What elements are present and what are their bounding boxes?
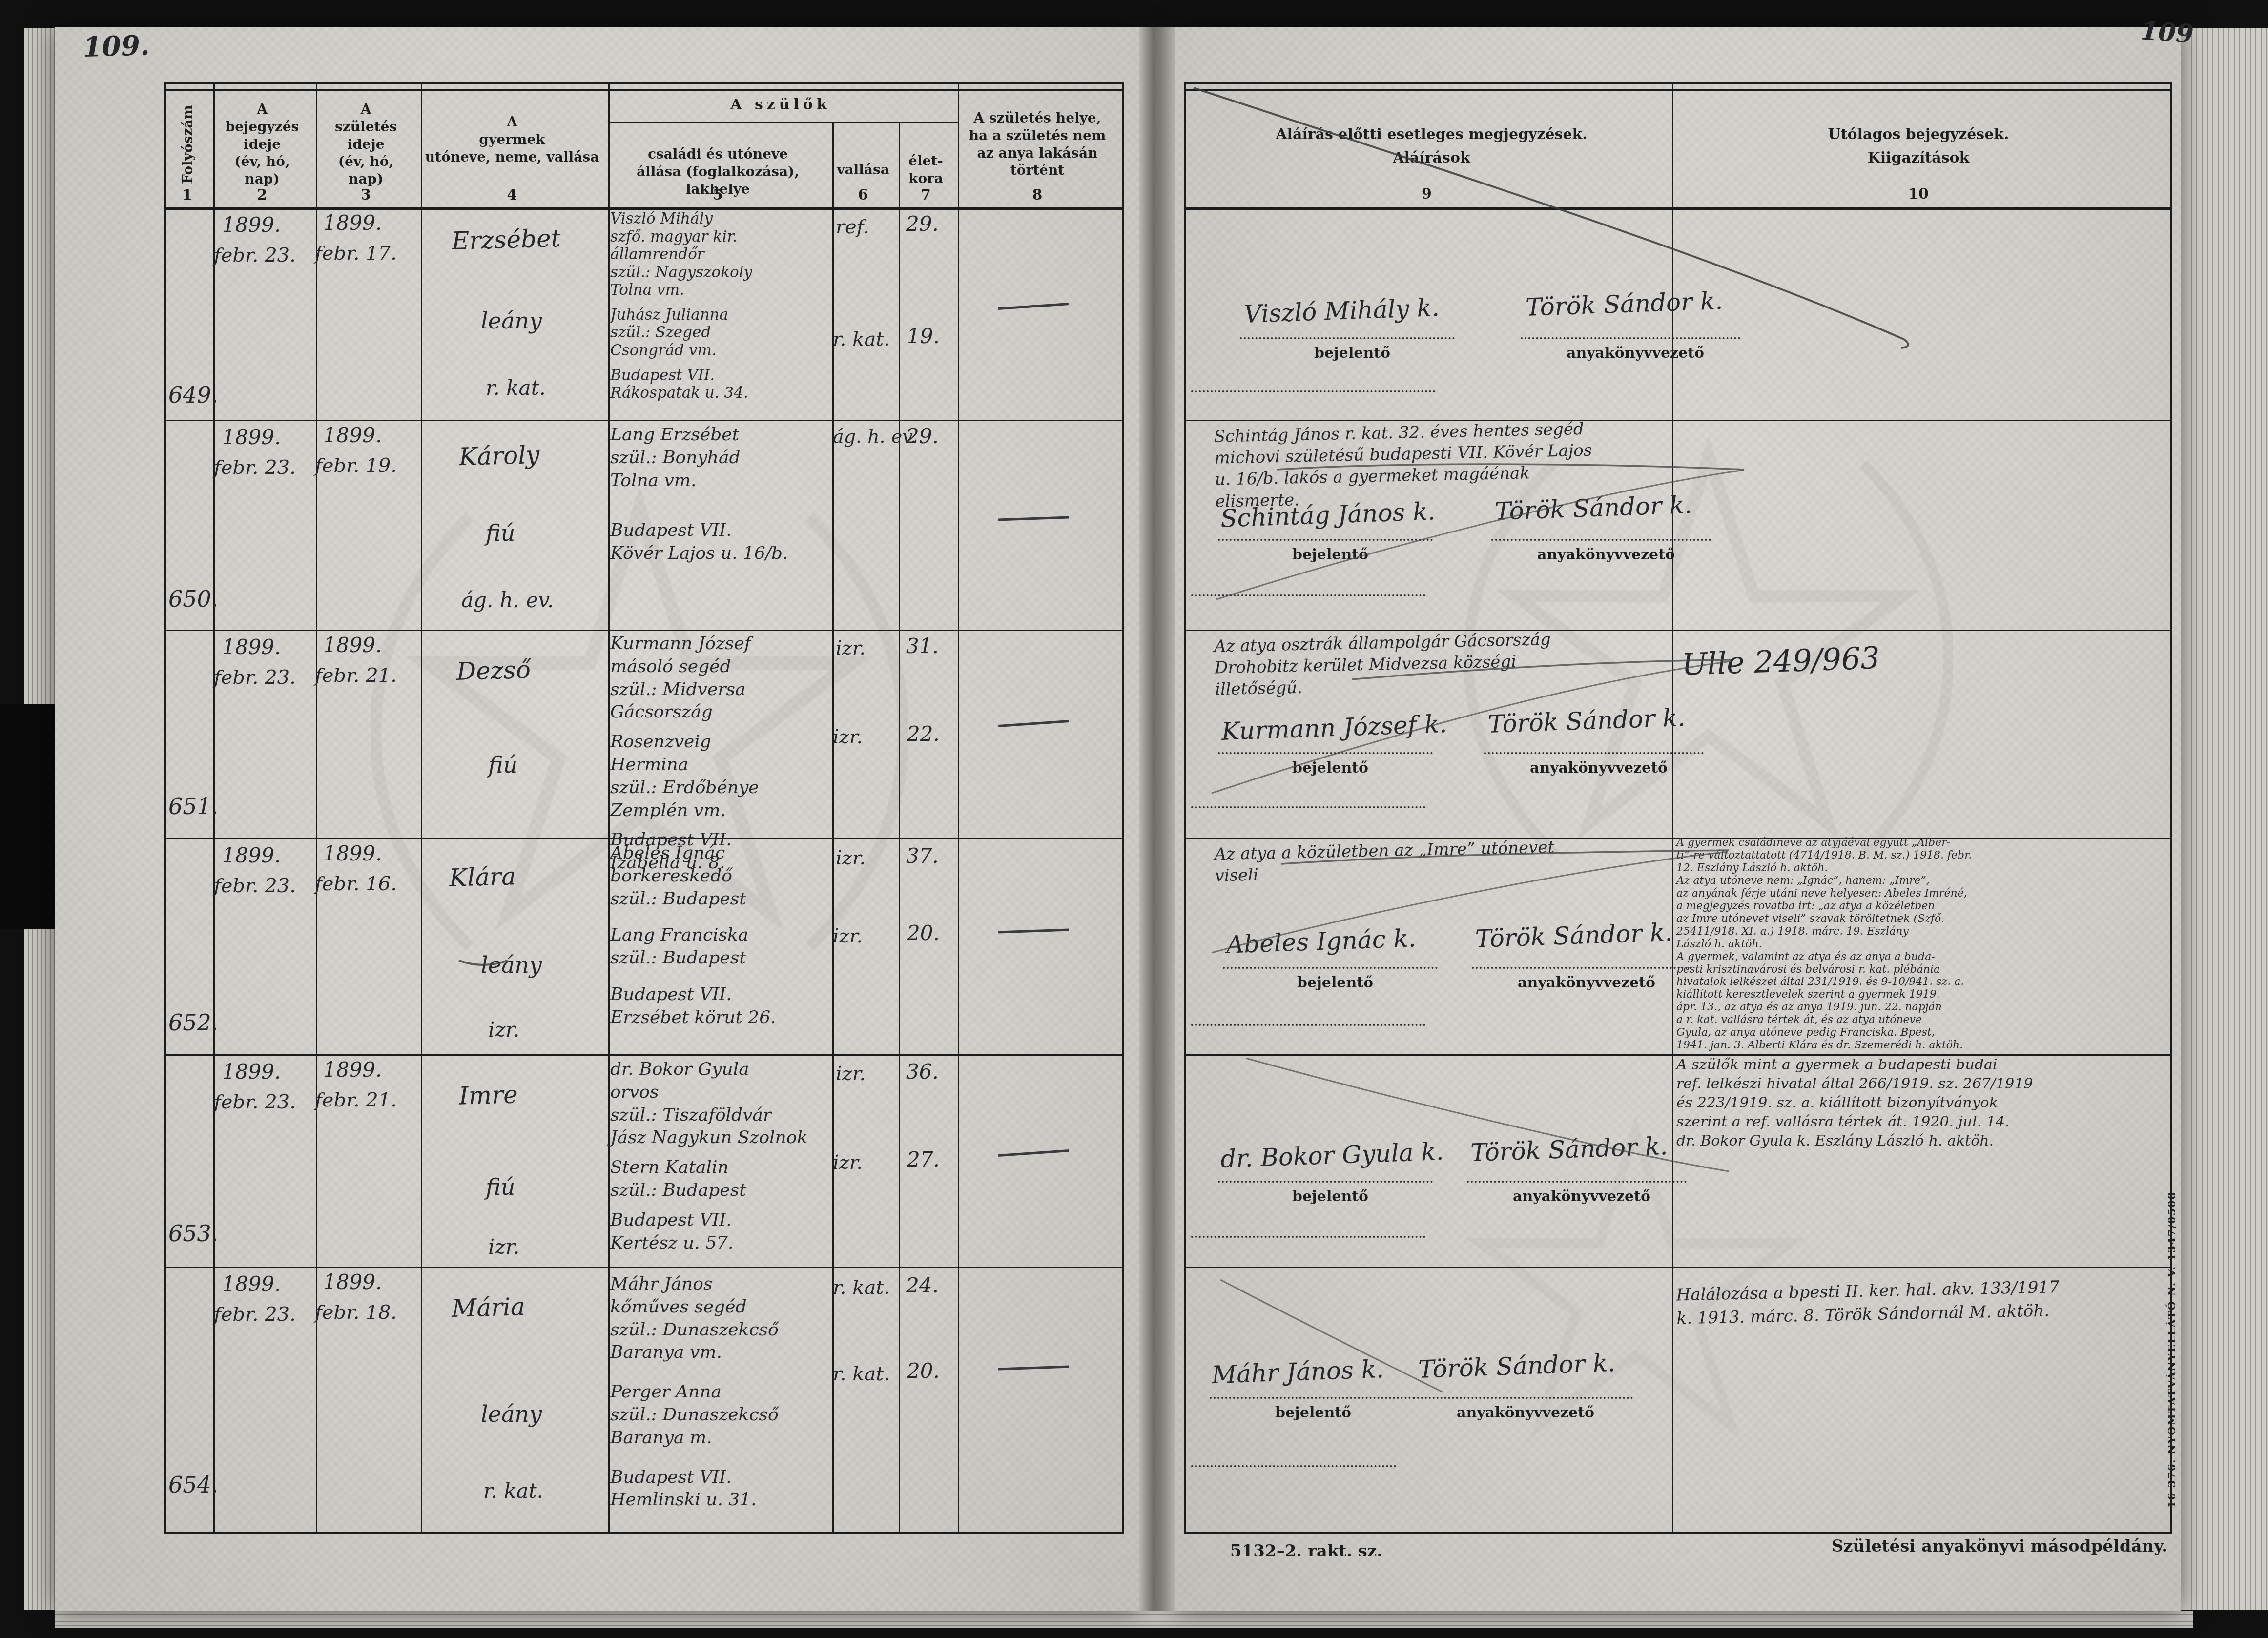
child-religion: r. kat. (483, 1479, 543, 1503)
col-child-label: A gyermek utóneve, neme, vallása (418, 113, 606, 165)
blank-signature-line (1191, 1465, 1396, 1467)
col-number: 6 (830, 186, 896, 204)
parents-details: Viszló Mihály szfő. magyar kir. államren… (610, 210, 832, 402)
father-religion: ref. (836, 216, 869, 238)
mother-age: 27. (907, 1147, 940, 1171)
informant-label: bejelentő (1250, 345, 1455, 362)
page-number-right: 109 (2140, 16, 2195, 49)
blank-signature-line (1191, 1236, 1425, 1238)
child-name: Mária (451, 1292, 525, 1323)
entry-number: 651. (168, 793, 218, 819)
birth-date-day: febr. 16. (315, 873, 397, 895)
blank-signature-line (1191, 390, 1435, 392)
col-number: 4 (418, 186, 606, 204)
child-sex: leány (481, 1401, 542, 1427)
birth-date-year: 1899. (323, 1270, 382, 1294)
parents-group-label: A szülők (606, 96, 955, 114)
mother-religion: r. kat. (833, 328, 890, 350)
registrar-label: anyakönyvvezető (1499, 546, 1713, 563)
page-stack-bottom-edge (55, 1611, 2193, 1628)
child-name: Dezső (456, 655, 531, 686)
mother-age: 22. (907, 722, 940, 746)
birth-date-day: febr. 19. (315, 454, 397, 477)
father-lines: Viszló Mihály szfő. magyar kir. államren… (610, 210, 832, 299)
child-religion: r. kat. (486, 376, 546, 400)
entry-number: 654. (168, 1472, 218, 1498)
child-sex: fiú (486, 520, 515, 546)
mother-age: 20. (907, 921, 940, 945)
col-later-entries-label: Utólagos bejegyzések. Kiigazítások (1670, 123, 2167, 170)
registrar-label: anyakönyvvezető (1418, 1404, 1633, 1421)
birth-date-day: febr. 18. (315, 1301, 397, 1324)
parents-details: Abeles Ignác borkereskedő szül.: Budapes… (610, 842, 832, 1029)
col-number: 9 (1184, 185, 1670, 203)
birth-date-day: febr. 21. (315, 664, 397, 687)
signature-line (1521, 337, 1740, 339)
informant-label: bejelentő (1228, 546, 1433, 563)
col-number: 8 (955, 186, 1119, 204)
later-entry-reference: Ulle 249/963 (1681, 640, 1880, 682)
parents-details: Lang Erzsébet szül.: Bonyhád Tolna vm. B… (610, 424, 832, 565)
col-number: 10 (1670, 185, 2167, 203)
col-parents-religion-label: vallása (830, 161, 896, 179)
col-number: 7 (896, 186, 955, 204)
entry-date-year: 1899. (222, 425, 281, 449)
child-sex: leány (481, 952, 542, 978)
parent-religion: ág. h. ev. (833, 426, 916, 447)
printing-office-imprint: 16 376. NYOMTATVÁNYELLÁTÓ N. V. 1347/050… (2165, 1186, 2178, 1508)
signature-line (1413, 1397, 1633, 1399)
parents-details: Kurmann József másoló segéd szül.: Midve… (610, 633, 832, 875)
registry-book-scan: 109. 109 Folyószám A bejegyzés ideje (év… (0, 0, 2268, 1638)
mother-lines: Perger Anna szül.: Dunaszekcső Baranya m… (610, 1381, 832, 1449)
col-entry-date-label: A bejegyzés ideje (év, hó, nap) (211, 101, 313, 188)
child-religion: izr. (488, 1235, 519, 1259)
entry-date-day: febr. 23. (214, 244, 296, 266)
col-number: 1 (164, 186, 211, 204)
informant-label: bejelentő (1228, 759, 1433, 777)
child-name: Imre (458, 1080, 518, 1110)
later-entry-text: A gyermek családineve az atyjáéval együt… (1676, 837, 2165, 1052)
mother-religion: izr. (833, 1151, 863, 1174)
father-age: 24. (906, 1273, 939, 1297)
entry-date-day: febr. 23. (214, 875, 296, 897)
registrar-label: anyakönyvvezető (1528, 345, 1743, 362)
birth-date-year: 1899. (323, 211, 382, 235)
child-sex: fiú (486, 1174, 515, 1200)
col-number: 3 (313, 186, 418, 204)
father-religion: izr. (836, 847, 866, 869)
duplicate-register-label: Születési anyakönyvi másodpéldány. (1679, 1536, 2167, 1556)
registrar-label: anyakönyvvezető (1474, 1188, 1689, 1205)
address-lines: Budapest VII. Kövér Lajos u. 16/b. (610, 519, 832, 565)
parents-details: dr. Bokor Gyula orvos szül.: Tiszaföldvá… (610, 1058, 832, 1254)
blank-signature-line (1191, 594, 1425, 596)
informant-signature: Máhr János k. (1211, 1355, 1384, 1389)
birth-date-year: 1899. (323, 423, 382, 447)
signature-line (1218, 1181, 1433, 1183)
informant-label: bejelentő (1233, 974, 1438, 991)
mother-lines: Stern Katalin szül.: Budapest (610, 1156, 832, 1202)
father-age: 37. (906, 844, 939, 868)
entry-date-year: 1899. (222, 1060, 281, 1084)
entry-date-day: febr. 23. (214, 456, 296, 479)
child-sex: fiú (488, 752, 517, 778)
signature-line (1467, 1181, 1687, 1183)
father-lines: Kurmann József másoló segéd szül.: Midve… (610, 633, 832, 724)
parent-age: 29. (906, 424, 939, 448)
registrar-label: anyakönyvvezető (1479, 974, 1694, 991)
father-religion: izr. (836, 1063, 866, 1085)
entry-date-day: febr. 23. (214, 1091, 296, 1113)
signature-line (1218, 752, 1433, 754)
mother-religion: izr. (833, 925, 863, 947)
mother-lines: Lang Erzsébet szül.: Bonyhád Tolna vm. (610, 424, 832, 492)
signature-line (1210, 1397, 1415, 1399)
signature-line (1218, 539, 1433, 541)
col-folyoszam-label: Folyószám (179, 103, 197, 186)
registrar-label: anyakönyvvezető (1491, 759, 1706, 777)
signature-line (1484, 752, 1704, 754)
mother-religion: r. kat. (833, 1363, 890, 1385)
col-number: 5 (606, 186, 830, 204)
entry-number: 653. (168, 1220, 218, 1247)
entry-date-year: 1899. (222, 843, 281, 867)
entry-number: 650. (168, 586, 218, 612)
father-lines: Máhr János kőműves segéd szül.: Dunaszek… (610, 1273, 832, 1364)
mother-lines: Rosenzveig Hermina szül.: Erdőbénye Zemp… (610, 731, 832, 822)
col-parents-age-label: élet- kora (896, 152, 955, 187)
child-name: Erzsébet (451, 224, 561, 255)
signature-line (1491, 539, 1711, 541)
birth-date-year: 1899. (323, 633, 382, 657)
remark-text: Az atya osztrák állampolgár Gácsország D… (1214, 626, 1704, 700)
address-lines: Budapest VII. Kertész u. 57. (610, 1209, 832, 1255)
blank-signature-line (1191, 1024, 1425, 1026)
signature-line (1223, 967, 1438, 969)
father-age: 29. (906, 212, 939, 236)
entry-date-day: febr. 23. (214, 1303, 296, 1326)
entry-date-day: febr. 23. (214, 666, 296, 689)
mother-lines: Lang Franciska szül.: Budapest (610, 924, 832, 970)
signature-line (1240, 337, 1455, 339)
col-number: 2 (211, 186, 313, 204)
father-religion: izr. (836, 637, 866, 659)
mother-lines: Juhász Julianna szül.: Szeged Csongrád v… (610, 306, 832, 360)
father-age: 31. (906, 634, 939, 658)
mother-religion: izr. (833, 726, 863, 748)
child-religion: ág. h. ev. (461, 588, 554, 612)
mother-age: 19. (907, 324, 940, 348)
birth-date-year: 1899. (323, 841, 382, 865)
blank-signature-line (1191, 806, 1425, 808)
signature-line (1472, 967, 1691, 969)
informant-label: bejelentő (1228, 1188, 1433, 1205)
binding-shadow (0, 704, 55, 929)
address-lines: Budapest VII. Rákospatak u. 34. (610, 367, 832, 402)
later-entry-text: A szülők mint a gyermek a budapesti buda… (1676, 1055, 2165, 1150)
birth-date-year: 1899. (323, 1058, 382, 1082)
address-lines: Budapest VII. Hemlinski u. 31. (610, 1466, 832, 1512)
stock-number: 5132–2. rakt. sz. (1230, 1541, 1382, 1561)
father-lines: dr. Bokor Gyula orvos szül.: Tiszaföldvá… (610, 1058, 832, 1149)
child-name: Klára (449, 862, 516, 892)
birth-date-day: febr. 21. (315, 1089, 397, 1111)
father-religion: r. kat. (833, 1276, 890, 1299)
father-age: 36. (906, 1060, 939, 1084)
entry-number: 652. (168, 1009, 218, 1036)
entry-number: 649. (168, 382, 218, 408)
col-birth-date-label: A születés ideje (év, hó, nap) (313, 101, 418, 188)
parents-details: Máhr János kőműves segéd szül.: Dunaszek… (610, 1273, 832, 1512)
page-stack-right-edge (2181, 28, 2268, 1610)
entry-date-year: 1899. (222, 213, 281, 237)
mother-age: 20. (907, 1359, 940, 1383)
col-remarks-signatures-label: Aláírás előtti esetleges megjegyzések. A… (1194, 123, 1670, 170)
child-sex: leány (481, 307, 542, 334)
entry-date-year: 1899. (222, 635, 281, 659)
page-number-left: 109. (82, 29, 150, 63)
col-birthplace-label: A születés helye, ha a születés nem az a… (960, 109, 1114, 179)
entry-date-year: 1899. (222, 1272, 281, 1296)
informant-label: bejelentő (1216, 1404, 1411, 1421)
address-lines: Budapest VII. Erzsébet körut 26. (610, 983, 832, 1029)
child-religion: izr. (488, 1018, 519, 1042)
birth-date-day: febr. 17. (315, 242, 397, 265)
book-gutter (1139, 27, 1175, 1611)
father-lines: Abeles Ignác borkereskedő szül.: Budapes… (610, 842, 832, 910)
child-name: Károly (458, 441, 540, 471)
